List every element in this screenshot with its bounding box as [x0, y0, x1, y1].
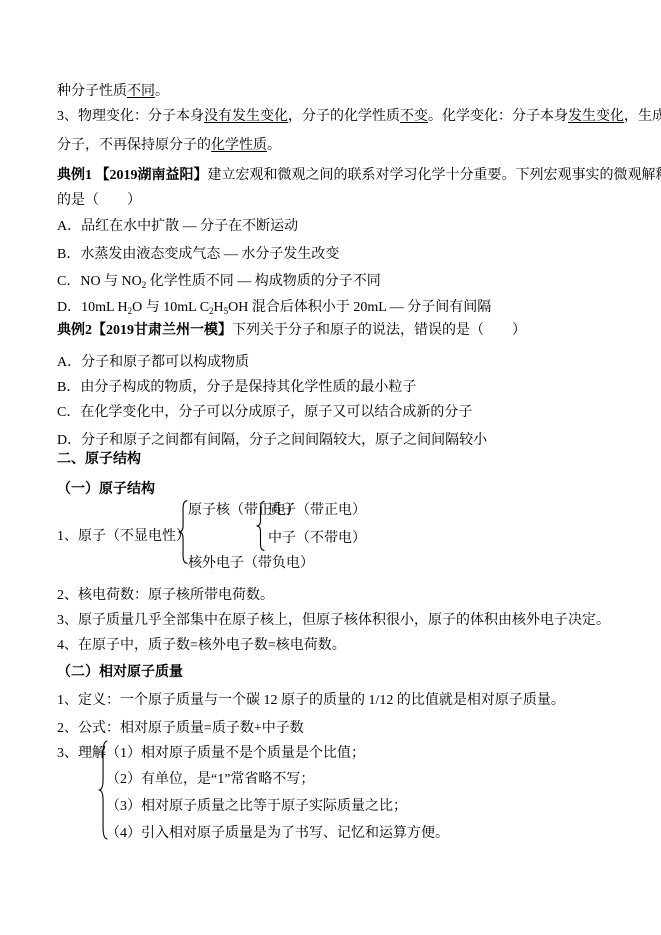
example1-option-d: D．10mL H2O 与 10mL C2H5OH 混合后体积小于 20mL — … [57, 298, 491, 318]
text-run: 1、定义：一个原子质量与一个碳 12 原子的质量的 1/12 的比值就是相对原子… [57, 693, 565, 708]
text-run: OH 混合后体积小于 20mL — 分子间有间隔 [228, 300, 491, 315]
example1-option-c: C．NO 与 NO2 化学性质不同 — 构成物质的分子不同 [57, 272, 381, 292]
text-run: 2、公式：相对原子质量=质子数+中子数 [57, 721, 304, 736]
example2-option-b: B．由分子构成的物质，分子是保持其化学性质的最小粒子 [57, 378, 416, 398]
text-run: （2）有单位，是“1”常省略不写； [106, 772, 314, 787]
text-run: 4、在原子中，质子数=核外电子数=核电荷数。 [57, 638, 346, 653]
example2-option-a: A．分子和原子都可以构成物质 [57, 353, 249, 373]
text-run: 种分子性质 [57, 84, 127, 99]
document-page: 种分子性质不同。 3、物理变化：分子本身没有发生变化，分子的化学性质不变。化学变… [0, 0, 661, 935]
understanding-item-3: （3）相对原子质量之比等于原子实际质量之比； [106, 798, 407, 816]
atom-node-proton: 质子（带正电） [268, 502, 366, 520]
line-formula: 2、公式：相对原子质量=质子数+中子数 [57, 719, 304, 739]
underlined-text: 不同 [127, 84, 155, 99]
understanding-item-4: （4）引入相对原子质量是为了书写、记忆和运算方便。 [106, 825, 449, 843]
text-run: ，生成了新的 [624, 109, 661, 124]
line-physical-change-1: 3、物理变化：分子本身没有发生变化，分子的化学性质不变。化学变化：分子本身发生变… [57, 107, 661, 127]
text-run: ，分子的化学性质 [288, 109, 400, 124]
underlined-text: 发生变化 [568, 109, 624, 124]
line-physical-change-2: 分子，不再保持原分子的化学性质。 [57, 136, 281, 156]
example2-heading-line: 典例2【2019甘肃兰州一模】下列关于分子和原子的说法，错误的是（ ） [57, 321, 526, 341]
text-run: （3）相对原子质量之比等于原子实际质量之比； [106, 799, 407, 814]
text-run: （1）相对原子质量不是个质量是个比值； [106, 746, 365, 761]
example2-title: 典例2【2019甘肃兰州一模】 [57, 323, 232, 338]
example1-option-a: A．品红在水中扩散 — 分子在不断运动 [57, 217, 298, 237]
atom-node-neutron: 中子（不带电） [268, 530, 366, 548]
text-run: 3、原子质量几乎全部集中在原子核上，但原子核体积很小，原子的体积由核外电子决定。 [57, 613, 610, 628]
text-run: 2、核电荷数：原子核所带电荷数。 [57, 588, 274, 603]
text-run: 分子，不再保持原分子的 [57, 138, 211, 153]
line-nuclear-charge: 2、核电荷数：原子核所带电荷数。 [57, 586, 274, 606]
underlined-text: 不变 [400, 109, 428, 124]
text-run: 1、原子（不显电性） [57, 529, 190, 544]
underlined-text: 没有发生变化 [204, 109, 288, 124]
heading-text: 二、原子结构 [57, 452, 141, 467]
curly-brace-icon [177, 500, 188, 564]
text-run: A．分子和原子都可以构成物质 [57, 355, 249, 370]
text-run: B．水蒸发由液态变成气态 — 水分子发生改变 [57, 247, 339, 262]
example1-heading-line: 典例1 【2019湖南益阳】建立宏观和微观之间的联系对学习化学十分重要。下列宏观… [57, 166, 661, 186]
subsection-heading-relative-atomic-mass: （二）相对原子质量 [57, 663, 183, 683]
example2-option-d: D．分子和原子之间都有间隔，分子之间间隔较大，原子之间间隔较小 [57, 431, 487, 451]
atom-diagram-label: 1、原子（不显电性） [57, 528, 190, 546]
text-run: 下列关于分子和原子的说法，错误的是（ ） [232, 323, 526, 338]
text-run: D．10mL H [57, 300, 128, 315]
curly-brace-icon [255, 501, 265, 551]
heading-text: （二）相对原子质量 [57, 665, 183, 680]
subsection-heading-atom-structure: （一）原子结构 [57, 480, 155, 500]
heading-text: （一）原子结构 [57, 482, 155, 497]
text-run: D．分子和原子之间都有间隔，分子之间间隔较大，原子之间间隔较小 [57, 433, 487, 448]
text-run: 核外电子（带负电） [188, 556, 314, 571]
text-run: C．在化学变化中，分子可以分成原子，原子又可以结合成新的分子 [57, 405, 472, 420]
text-run: 的是（ ） [57, 193, 141, 208]
text-run: 质子（带正电） [268, 503, 366, 518]
line-definition: 1、定义：一个原子质量与一个碳 12 原子的质量的 1/12 的比值就是相对原子… [57, 691, 565, 711]
understanding-item-2: （2）有单位，是“1”常省略不写； [106, 771, 314, 789]
example1-title: 典例1 【2019湖南益阳】 [57, 168, 208, 183]
line-atom-mass: 3、原子质量几乎全部集中在原子核上，但原子核体积很小，原子的体积由核外电子决定。 [57, 611, 610, 631]
text-run: C．NO 与 NO [57, 274, 142, 289]
text-run: H [214, 300, 224, 315]
understanding-item-1: （1）相对原子质量不是个质量是个比值； [106, 745, 365, 763]
text-run: B．由分子构成的物质，分子是保持其化学性质的最小粒子 [57, 380, 416, 395]
text-run: 中子（不带电） [268, 531, 366, 546]
text-run: 3、物理变化：分子本身 [57, 109, 204, 124]
line-molecule-property: 种分子性质不同。 [57, 82, 169, 102]
text-run: （4）引入相对原子质量是为了书写、记忆和运算方便。 [106, 826, 449, 841]
text-run: 化学性质不同 — 构成物质的分子不同 [146, 274, 381, 289]
atom-node-electron: 核外电子（带负电） [188, 555, 314, 573]
text-run: 。 [155, 84, 169, 99]
text-run: A．品红在水中扩散 — 分子在不断运动 [57, 219, 298, 234]
underlined-text: 化学性质 [211, 138, 267, 153]
example1-heading-line-2: 的是（ ） [57, 191, 141, 211]
example1-option-b: B．水蒸发由液态变成气态 — 水分子发生改变 [57, 245, 339, 265]
example2-option-c: C．在化学变化中，分子可以分成原子，原子又可以结合成新的分子 [57, 403, 472, 423]
line-proton-equality: 4、在原子中，质子数=核外电子数=核电荷数。 [57, 636, 346, 656]
text-run: O 与 10mL C [132, 300, 209, 315]
section-heading-atom-structure: 二、原子结构 [57, 450, 141, 470]
text-run: 。化学变化：分子本身 [428, 109, 568, 124]
text-run: 建立宏观和微观之间的联系对学习化学十分重要。下列宏观事实的微观解释错误 [208, 168, 661, 183]
text-run: 。 [267, 138, 281, 153]
